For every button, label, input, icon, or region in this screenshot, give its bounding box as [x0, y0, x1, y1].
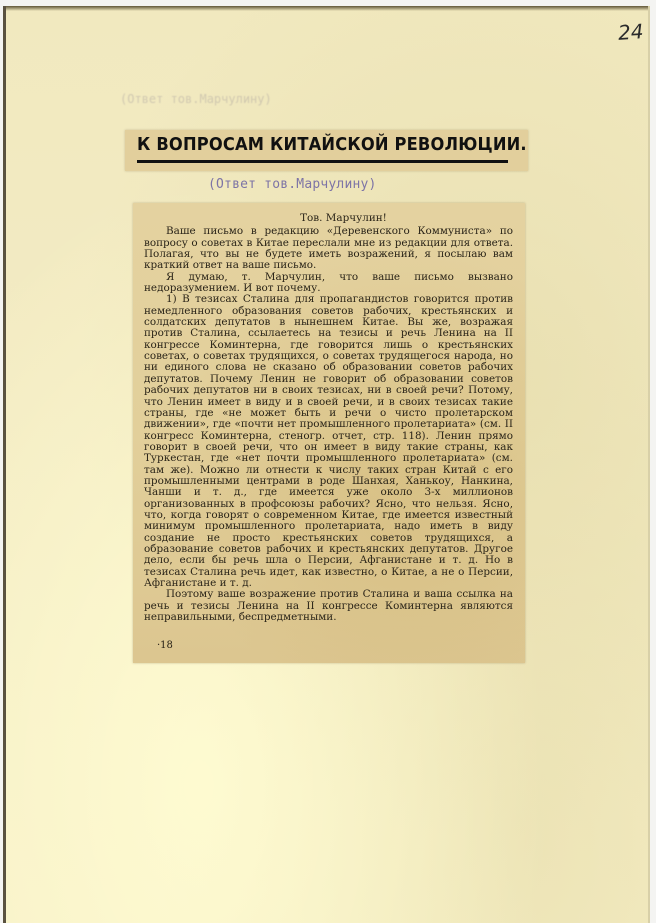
title-clipping: К ВОПРОСАМ КИТАЙСКОЙ РЕВОЛЮЦИИ.: [125, 130, 528, 171]
page-top-shadow: [6, 6, 648, 11]
paragraph: 1) В тезисах Сталина для пропагандистов …: [144, 294, 513, 589]
paragraph: Поэтому ваше возражение против Сталина и…: [144, 589, 513, 623]
faded-stamp: (Ответ тов.Марчулину): [120, 92, 272, 106]
typed-subtitle: (Ответ тов.Марчулину): [208, 177, 377, 192]
clipping-body: Тов. Марчулин! Ваше письмо в редакцию «Д…: [133, 203, 525, 623]
salutation: Тов. Марчулин!: [144, 213, 513, 224]
paragraph: Я думаю, т. Марчулин, что ваше письмо вы…: [144, 272, 513, 295]
article-title: К ВОПРОСАМ КИТАЙСКОЙ РЕВОЛЮЦИИ.: [137, 135, 491, 155]
title-underline: [137, 160, 508, 163]
paragraph: Ваше письмо в редакцию «Деревенского Ком…: [144, 226, 513, 271]
handwritten-folio-number: 24: [617, 19, 644, 45]
newspaper-clipping: Тов. Марчулин! Ваше письмо в редакцию «Д…: [133, 203, 525, 663]
printed-page-number: ·18: [157, 640, 173, 651]
